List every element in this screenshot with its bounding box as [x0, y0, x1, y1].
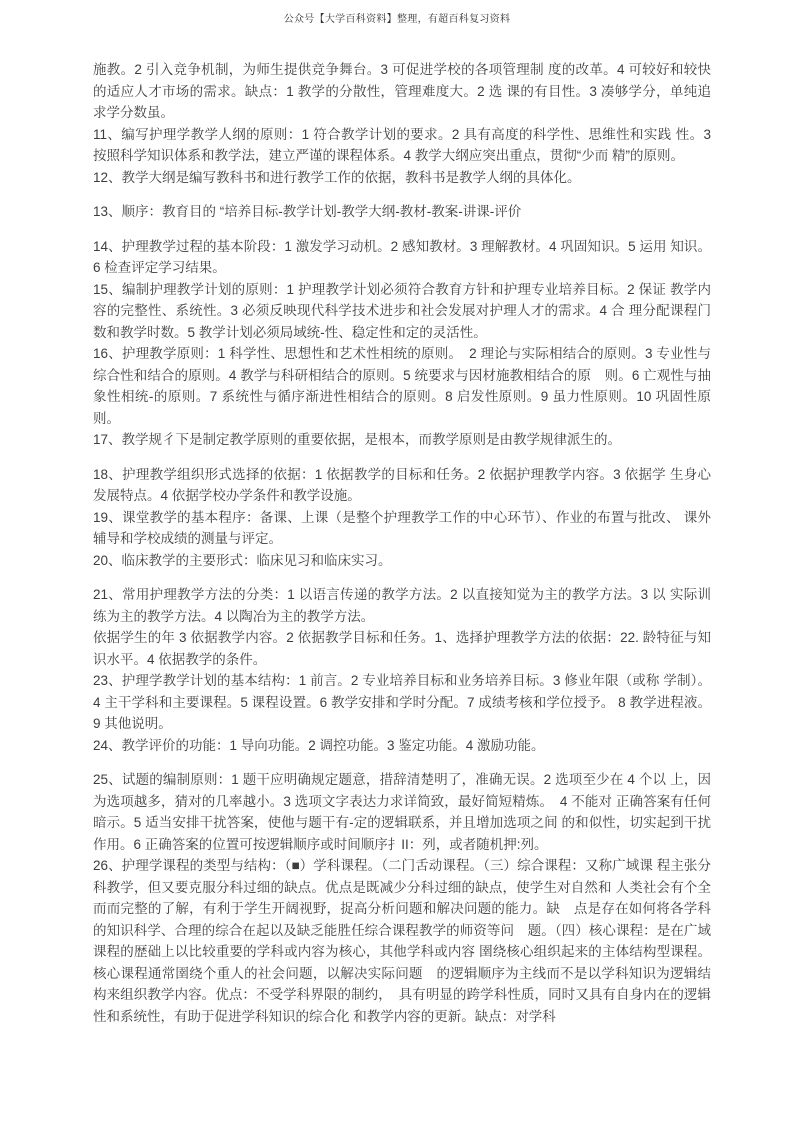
note-item-16: 16、护理教学原则：1 科学性、思想性和艺术性相统的原则。 2 理论与实际相结合… [93, 343, 711, 429]
note-item-21: 21、常用护理教学方法的分类：1 以语言传递的教学方法。2 以直接知觉为主的教学… [93, 584, 711, 627]
note-item-13: 13、顺序：教育目的 “培养目标-教学计划-教学大纲-教材-教案-讲课-评价 [93, 201, 711, 223]
note-item-14: 14、护理教学过程的基本阶段：1 激发学习动机。2 感知教材。3 理解教材。4 … [93, 236, 711, 279]
document-body: 施教。2 引入竞争机制，为师生提供竞争舞台。3 可促进学校的各项管理制 度的改革… [0, 59, 794, 1027]
paragraph-continuation: 施教。2 引入竞争机制，为师生提供竞争舞台。3 可促进学校的各项管理制 度的改革… [93, 59, 711, 124]
document-page: 公众号【大学百科资料】整理，有超百科复习资料 施教。2 引入竞争机制，为师生提供… [0, 0, 794, 1122]
note-item-22: 依据学生的年 3 依据教学内容。2 依据教学目标和任务。1、选择护理教学方法的依… [93, 627, 711, 670]
note-item-17: 17、教学规彳下是制定教学原则的重要依据，是根本，而教学原则是由教学规律派生的。 [93, 429, 711, 451]
note-item-11: 11、编写护理学教学人纲的原则：1 符合教学计划的要求。2 具有高度的科学性、思… [93, 124, 711, 167]
note-item-26: 26、护理学课程的类型与结构：（■）学科课程。（二门舌动课程。（三）综合课程：又… [93, 855, 711, 1027]
note-item-19: 19、课堂教学的基本程序：备课、上课（是整个护理教学工作的中心环节）、作业的布置… [93, 507, 711, 550]
note-item-18: 18、护理教学组织形式选择的依据：1 依据教学的目标和任务。2 依据护理教学内容… [93, 464, 711, 507]
note-item-23: 23、护理学教学计划的基本结构：1 前言。2 专业培养目标和业务培养目标。3 修… [93, 670, 711, 735]
note-item-25: 25、试题的编制原则：1 题干应明确规定题意，措辞清楚明了，准确无误。2 选项至… [93, 769, 711, 855]
note-item-20: 20、临床教学的主要形式：临床见习和临床实习。 [93, 550, 711, 572]
note-item-12: 12、教学大纲是编写教科书和进行教学工作的依据，教科书是教学人纲的具体化。 [93, 167, 711, 189]
note-item-15: 15、编制护理教学计划的原则：1 护理教学计划必须符合教育方针和护理专业培养目标… [93, 279, 711, 344]
page-header-text: 公众号【大学百科资料】整理，有超百科复习资料 [0, 0, 794, 26]
note-item-24: 24、教学评价的功能：1 导向功能。2 调控功能。3 鉴定功能。4 激励功能。 [93, 735, 711, 757]
